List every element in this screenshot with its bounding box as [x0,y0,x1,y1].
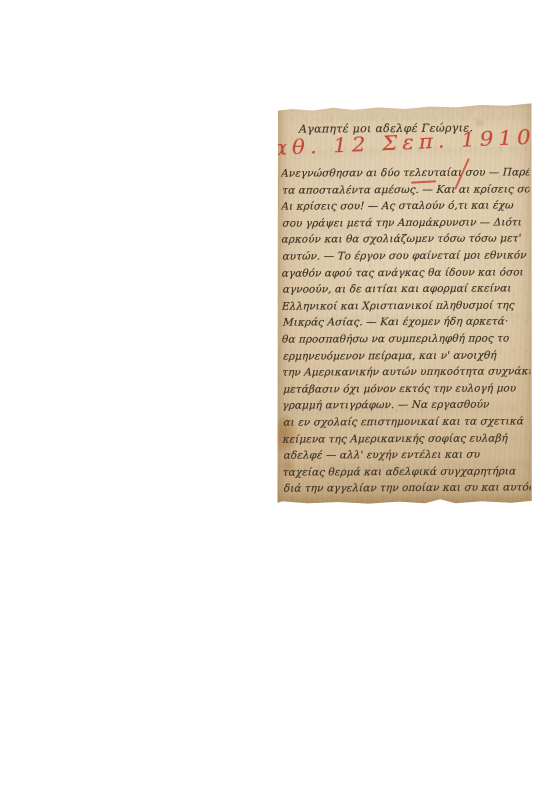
letter-line: μετάβασιν όχι μόνον εκτός την ευλογή μου [283,380,531,398]
letter-line: την Αμερικανικήν αυτών υπηκοότητα συχνάκ… [282,363,531,381]
letter-line: θα προσπαθήσω να συμπεριληφθή προς το [282,330,531,348]
letter-line: αγαθόν αφού τας ανάγκας θα ίδουν και όσο… [281,264,530,282]
letter-line: αγνοούν, αι δε αιτίαι και αφορμαί εκείνα… [282,280,531,298]
letter-line: Ελληνικοί και Χριστιανικοί πληθυσμοί της [281,297,530,315]
letter-line: αι εν σχολαίς επιστημονικαί και τα σχετι… [283,413,531,431]
letter-line: κείμενα της Αμερικανικής σοφίας ευλαβή [282,430,531,448]
letter-line: διά την αγγελίαν την οποίαν και συ και α… [283,480,531,498]
letter-line: τα αποσταλέντα αμέσως. — Και αι κρίσεις … [282,181,531,199]
letter-line: γραμμή αντιγράφων. — Να εργασθούν [282,397,531,415]
letter-line: Ανεγνώσθησαν αι δύο τελευταίαι σου — Παρ… [281,164,529,182]
letter-line: αρκούν και θα σχολιάζωμεν τόσω τόσω μετ' [281,231,530,249]
scan-background: Ελληνικοί και Χριστιανικοί πληθυσμοί της… [0,0,549,800]
letter-line: σου γράψει μετά την Απομάκρυνσιν — Διότι [282,214,531,232]
letter-line: αδελφέ — αλλ' ευχήν εντέλει και συ [283,446,531,464]
letter-line: αυτών. — Το έργον σου φαίνεταί μοι εθνικ… [282,247,531,265]
letter-body: Ανεγνώσθησαν αι δύο τελευταίαι σου — Παρ… [281,164,531,497]
letter-page: Ελληνικοί και Χριστιανικοί πληθυσμοί της… [277,103,532,504]
letter-line: ταχείας θερμά και αδελφικά συγχαρητήρια [282,463,531,481]
letter-line: Μικράς Ασίας. — Και έχομεν ήδη αρκετά· [282,314,530,332]
letter-line: ερμηνευόμενον πείραμα, και ν' ανοιχθή [283,347,531,365]
letter-line: Αι κρίσεις σου! — Ας σταλούν ό,τι και έχ… [281,198,530,216]
